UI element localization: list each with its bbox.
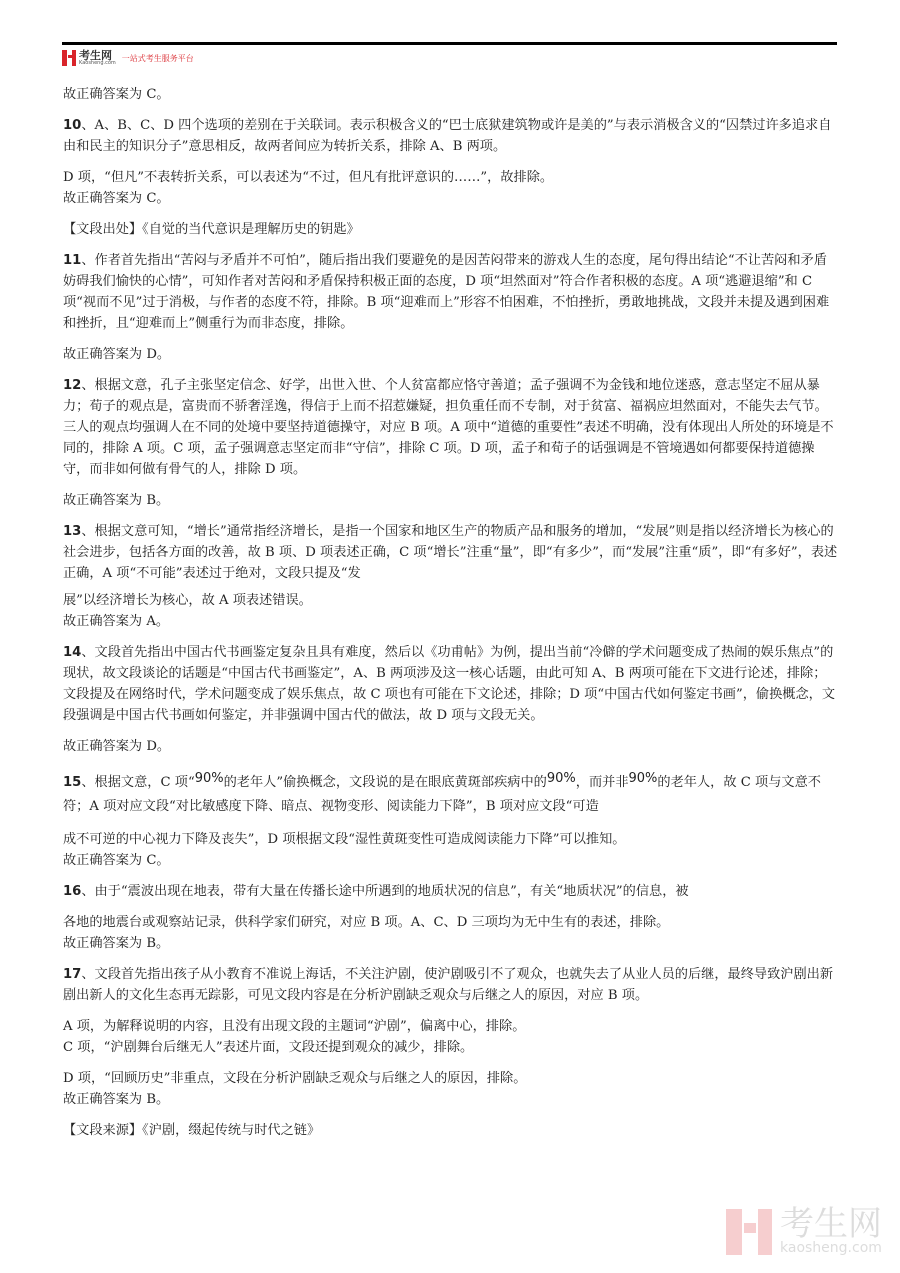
question-15-cont: 成不可逆的中心视力下降及丧失”，D 项根据文段“湿性黄斑变性可造成阅读能力下降”… <box>63 829 838 850</box>
percent-value: 90% <box>629 771 658 786</box>
answer-line: 故正确答案为 D。 <box>63 736 838 757</box>
page-header: 考生网 Kaosheng.com 一站式考生服务平台 <box>62 48 194 68</box>
question-11: 11、作者首先指出“苦闷与矛盾并不可怕”，随后指出我们要避免的是因苦闷带来的游戏… <box>63 250 838 334</box>
question-number: 11 <box>63 253 81 268</box>
question-text: 的老年人”偷换概念，文段说的是在眼底黄斑部疾病中的 <box>224 775 547 790</box>
option-d-note: D 项，“回顾历史”非重点，文段在分析沪剧缺乏观众与后继之人的原因，排除。 <box>63 1068 838 1089</box>
percent-value: 90% <box>195 771 224 786</box>
watermark: 考生网 kaosheng.com <box>726 1207 882 1255</box>
answer-line: 故正确答案为 A。 <box>63 611 838 632</box>
logo-text: 考生网 Kaosheng.com <box>79 50 116 66</box>
option-c-note: C 项，“沪剧舞台后继无人”表述片面，文段还提到观众的减少，排除。 <box>63 1037 838 1058</box>
question-12: 12、根据文意，孔子主张坚定信念、好学，出世入世、个人贫富都应恪守善道；孟子强调… <box>63 375 838 480</box>
question-17: 17、文段首先指出孩子从小教育不准说上海话，不关注沪剧，使沪剧吸引不了观众，也就… <box>63 964 838 1006</box>
question-text: 、作者首先指出“苦闷与矛盾并不可怕”，随后指出我们要避免的是因苦闷带来的游戏人生… <box>63 253 829 331</box>
question-number: 15 <box>63 775 81 790</box>
question-16: 16、由于“震波出现在地表，带有大量在传播长途中所遇到的地质状况的信息”，有关“… <box>63 881 838 902</box>
answer-line: 故正确答案为 B。 <box>63 490 838 511</box>
header-rule <box>62 42 837 45</box>
option-d-note: D 项，“但凡”不表转折关系，可以表述为“不过，但凡有批评意识的……”，故排除。 <box>63 167 838 188</box>
question-text: 、由于“震波出现在地表，带有大量在传播长途中所遇到的地质状况的信息”，有关“地质… <box>81 884 688 899</box>
question-text: 、根据文意可知，“增长”通常指经济增长，是指一个国家和地区生产的物质产品和服务的… <box>63 524 837 581</box>
answer-line: 故正确答案为 D。 <box>63 344 838 365</box>
question-14: 14、文段首先指出中国古代书画鉴定复杂且具有难度，然后以《功甫帖》为例，提出当前… <box>63 642 838 726</box>
question-13: 13、根据文意可知，“增长”通常指经济增长，是指一个国家和地区生产的物质产品和服… <box>63 521 838 584</box>
question-number: 10 <box>63 118 81 133</box>
question-15: 15、根据文意，C 项“90%的老年人”偷换概念，文段说的是在眼底黄斑部疾病中的… <box>63 767 838 819</box>
answer-line: 故正确答案为 C。 <box>63 84 838 105</box>
watermark-logo-icon <box>726 1209 772 1255</box>
question-text: 、根据文意，孔子主张坚定信念、好学，出世入世、个人贫富都应恪守善道；孟子强调不为… <box>63 378 834 477</box>
watermark-text: 考生网 kaosheng.com <box>780 1207 882 1255</box>
watermark-cn: 考生网 <box>780 1207 882 1241</box>
answer-line: 故正确答案为 C。 <box>63 850 838 871</box>
kaosheng-logo-icon <box>62 50 76 66</box>
question-number: 13 <box>63 524 81 539</box>
question-text: 、根据文意，C 项“ <box>81 775 194 790</box>
question-number: 14 <box>63 645 81 660</box>
logo-en: Kaosheng.com <box>79 61 116 66</box>
question-text: ，而并非 <box>576 775 629 790</box>
question-13-cont: 展”以经济增长为核心，故 A 项表述错误。 <box>63 590 838 611</box>
watermark-en: kaosheng.com <box>780 1241 882 1255</box>
answer-line: 故正确答案为 C。 <box>63 188 838 209</box>
question-text: 、文段首先指出中国古代书画鉴定复杂且具有难度，然后以《功甫帖》为例，提出当前“冷… <box>63 645 835 723</box>
question-number: 12 <box>63 378 81 393</box>
source-note: 【文段出处】《自觉的当代意识是理解历史的钥匙》 <box>63 219 838 240</box>
source-note: 【文段来源】《沪剧，缀起传统与时代之链》 <box>63 1120 838 1141</box>
question-10: 10、A、B、C、D 四个选项的差别在于关联词。表示积极含义的“巴士底狱建筑物或… <box>63 115 838 157</box>
document-body: 故正确答案为 C。 10、A、B、C、D 四个选项的差别在于关联词。表示积极含义… <box>63 84 838 1141</box>
question-number: 16 <box>63 884 81 899</box>
slogan: 一站式考生服务平台 <box>122 53 194 64</box>
question-text: 、A、B、C、D 四个选项的差别在于关联词。表示积极含义的“巴士底狱建筑物或许是… <box>63 118 831 154</box>
question-number: 17 <box>63 967 81 982</box>
answer-line: 故正确答案为 B。 <box>63 1089 838 1110</box>
question-text: 、文段首先指出孩子从小教育不准说上海话，不关注沪剧，使沪剧吸引不了观众，也就失去… <box>63 967 833 1003</box>
option-a-note: A 项，为解释说明的内容，且没有出现文段的主题词“沪剧”，偏离中心，排除。 <box>63 1016 838 1037</box>
question-16-cont: 各地的地震台或观察站记录，供科学家们研究，对应 B 项。A、C、D 三项均为无中… <box>63 912 838 933</box>
answer-line: 故正确答案为 B。 <box>63 933 838 954</box>
percent-value: 90% <box>547 771 576 786</box>
